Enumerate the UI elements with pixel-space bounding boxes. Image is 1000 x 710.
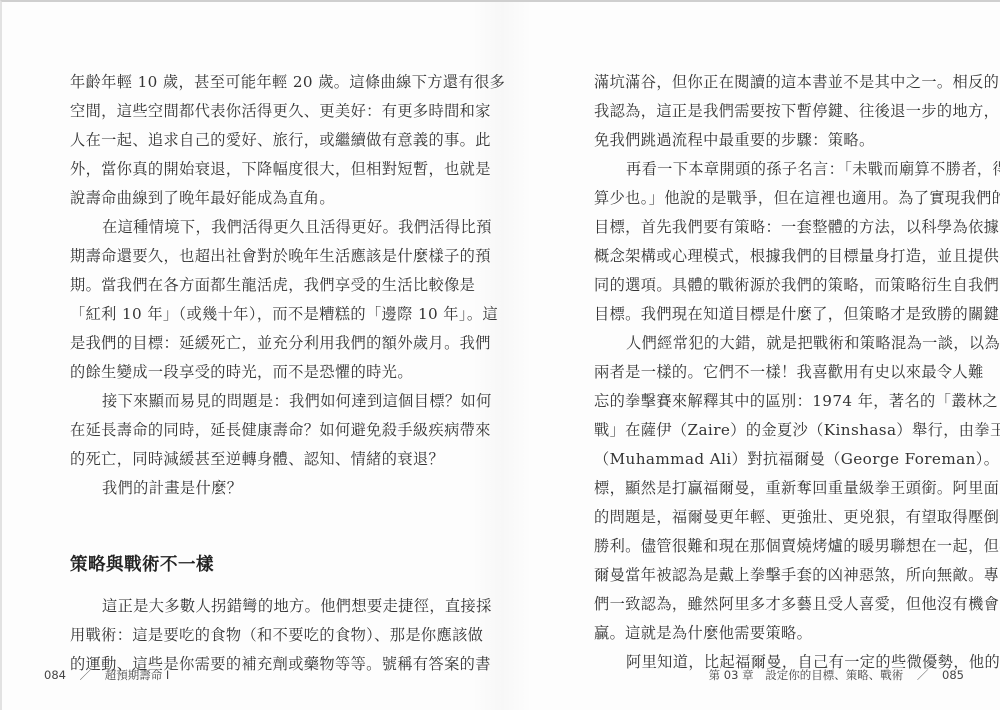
- paragraph-start-line: 我們的計畫是什麼？: [70, 474, 422, 503]
- paragraph-start-line: 在這種情境下，我們活得更久且活得更好。我們活得比預: [70, 213, 422, 242]
- book-spread: 年齡年輕 10 歲，甚至可能年輕 20 歲。這條曲線下方還有很多 空間，這些空間…: [0, 0, 1000, 710]
- body-line: 爾曼當年被認為是戴上拳擊手套的凶神惡煞，所向無敵。專家: [594, 561, 946, 590]
- body-line: 同的選項。具體的戰術源於我們的策略，而策略衍生自我們的: [594, 271, 946, 300]
- right-page: 滿坑滿谷，但你正在閱讀的這本書並不是其中之一。相反的， 我認為，這正是我們需要按…: [502, 2, 1000, 710]
- body-line: 目標，首先我們要有策略：一套整體的方法，以科學為依據的: [594, 213, 946, 242]
- body-line: 我認為，這正是我們需要按下暫停鍵、往後退一步的地方，以: [594, 97, 946, 126]
- body-line: 勝利。儘管很難和現在那個賣燒烤爐的暖男聯想在一起，但福: [594, 532, 946, 561]
- page-number: 084: [44, 668, 66, 682]
- body-line: 免我們跳過流程中最重要的步驟：策略。: [594, 126, 946, 155]
- body-line: 目標。我們現在知道目標是什麼了，但策略才是致勝的關鍵。: [594, 300, 946, 329]
- body-line: 是我們的目標：延緩死亡，並充分利用我們的額外歲月。我們: [70, 329, 422, 358]
- body-line: 「紅利 10 年」（或幾十年），而不是糟糕的「邊際 10 年」。這: [70, 300, 422, 329]
- paragraph-start-line: 接下來顯而易見的問題是：我們如何達到這個目標？如何: [70, 387, 422, 416]
- footer-separator: ／: [917, 668, 929, 682]
- body-line: 說壽命曲線到了晚年最好能成為直角。: [70, 184, 422, 213]
- body-line: 用戰術：這是要吃的食物（和不要吃的食物）、那是你應該做: [70, 621, 422, 650]
- body-line: 們一致認為，雖然阿里多才多藝且受人喜愛，但他沒有機會: [594, 590, 946, 619]
- right-text-column: 滿坑滿谷，但你正在閱讀的這本書並不是其中之一。相反的， 我認為，這正是我們需要按…: [594, 68, 946, 677]
- section-spacer: [70, 503, 422, 543]
- body-line: 贏。這就是為什麼他需要策略。: [594, 619, 946, 648]
- chapter-title: 設定你的目標、策略、戰術: [765, 668, 903, 682]
- body-line: 的餘生變成一段享受的時光，而不是恐懼的時光。: [70, 358, 422, 387]
- body-line: 滿坑滿谷，但你正在閱讀的這本書並不是其中之一。相反的，: [594, 68, 946, 97]
- left-page: 年齡年輕 10 歲，甚至可能年輕 20 歲。這條曲線下方還有很多 空間，這些空間…: [2, 2, 502, 710]
- section-heading: 策略與戰術不一樣: [70, 551, 422, 580]
- left-page-footer: 084 ／ 超預期壽命 I: [44, 667, 169, 683]
- body-line: 年齡年輕 10 歲，甚至可能年輕 20 歲。這條曲線下方還有很多: [70, 68, 422, 97]
- body-line: 期壽命還要久，也超出社會對於晚年生活應該是什麼樣子的預: [70, 242, 422, 271]
- footer-separator: ／: [80, 668, 92, 682]
- body-line: 概念架構或心理模式，根據我們的目標量身打造，並且提供不: [594, 242, 946, 271]
- paragraph-start-line: 再看一下本章開頭的孫子名言：「未戰而廟算不勝者，得: [594, 155, 946, 184]
- chapter-number: 第 03 章: [709, 668, 754, 682]
- book-title: 超預期壽命 I: [105, 668, 170, 682]
- body-line: 外，當你真的開始衰退，下降幅度很大，但相對短暫，也就是: [70, 155, 422, 184]
- paragraph-start-line: 人們經常犯的大錯，就是把戰術和策略混為一談，以為: [594, 329, 946, 358]
- body-line: 戰」在薩伊（Zaire）的金夏沙（Kinshasa）舉行，由拳王阿里: [594, 416, 946, 445]
- body-line: 期。當我們在各方面都生龍活虎，我們享受的生活比較像是: [70, 271, 422, 300]
- body-line: 空間，這些空間都代表你活得更久、更美好：有更多時間和家: [70, 97, 422, 126]
- page-number: 085: [942, 668, 964, 682]
- right-page-footer: 第 03 章 設定你的目標、策略、戰術 ／ 085: [709, 667, 964, 683]
- body-line: （Muhammad Ali）對抗福爾曼（George Foreman）。阿里的目: [594, 445, 946, 474]
- body-line: 的問題是，福爾曼更年輕、更強壯、更兇狠，有望取得壓倒性: [594, 503, 946, 532]
- body-line: 忘的拳擊賽來解釋其中的區別：1974 年，著名的「叢林之: [594, 387, 946, 416]
- paragraph-start-line: 這正是大多數人拐錯彎的地方。他們想要走捷徑，直接採: [70, 592, 422, 621]
- body-line: 的死亡，同時減緩甚至逆轉身體、認知、情緒的衰退？: [70, 445, 422, 474]
- body-line: 標，顯然是打贏福爾曼，重新奪回重量級拳王頭銜。阿里面臨: [594, 474, 946, 503]
- left-text-column: 年齡年輕 10 歲，甚至可能年輕 20 歲。這條曲線下方還有很多 空間，這些空間…: [70, 68, 422, 679]
- body-line: 在延長壽命的同時，延長健康壽命？如何避免殺手級疾病帶來: [70, 416, 422, 445]
- body-line: 兩者是一樣的。它們不一樣！我喜歡用有史以來最令人難: [594, 358, 946, 387]
- body-line: 人在一起、追求自己的愛好、旅行，或繼續做有意義的事。此: [70, 126, 422, 155]
- body-line: 算少也。」他說的是戰爭，但在這裡也適用。為了實現我們的: [594, 184, 946, 213]
